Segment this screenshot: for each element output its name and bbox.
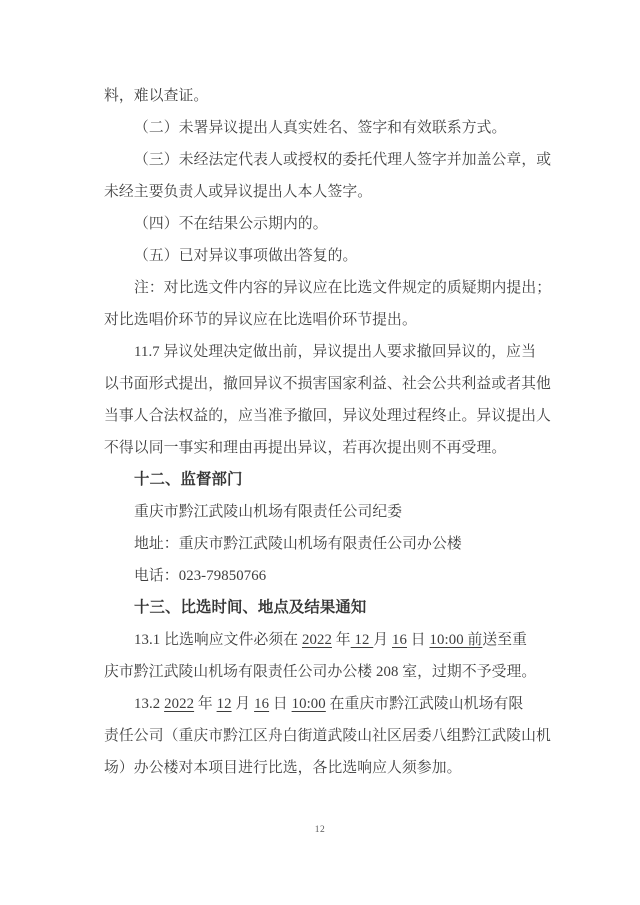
text-line: 注：对比选文件内容的异议应在比选文件规定的质疑期内提出； bbox=[104, 272, 552, 304]
document-page: 料，难以查证。（二）未署异议提出人真实姓名、签字和有效联系方式。（三）未经法定代… bbox=[0, 0, 640, 905]
page-number: 12 bbox=[0, 825, 640, 835]
text-line: 以书面形式提出，撤回异议不损害国家利益、社会公共利益或者其他 bbox=[104, 368, 552, 400]
underlined-text: 2022 bbox=[302, 632, 332, 648]
text-segment: 13.1 比选响应文件必须在 bbox=[134, 632, 302, 648]
text-line: 不得以同一事实和理由再提出异议，若再次提出则不再受理。 bbox=[104, 432, 552, 464]
text-line: 责任公司（重庆市黔江区舟白街道武陵山社区居委八组黔江武陵山机 bbox=[104, 720, 552, 752]
text-line: 未经主要负责人或异议提出人本人签字。 bbox=[104, 176, 552, 208]
text-line: 11.7 异议处理决定做出前，异议提出人要求撤回异议的，应当 bbox=[104, 336, 552, 368]
text-line: （四）不在结果公示期内的。 bbox=[104, 208, 552, 240]
text-line: 重庆市黔江武陵山机场有限责任公司纪委 bbox=[104, 496, 552, 528]
text-line: 13.2 2022 年 12 月 16 日 10:00 在重庆市黔江武陵山机场有… bbox=[104, 688, 552, 720]
underlined-text: 10:00 bbox=[292, 696, 326, 712]
text-line: 电话：023-79850766 bbox=[104, 560, 552, 592]
text-line: 当事人合法权益的，应当准予撤回，异议处理过程终止。异议提出人 bbox=[104, 400, 552, 432]
section-heading: 十三、比选时间、地点及结果通知 bbox=[104, 592, 552, 624]
text-line: （三）未经法定代表人或授权的委托代理人签字并加盖公章，或 bbox=[104, 144, 552, 176]
text-segment: 在重庆市黔江武陵山机场有限 bbox=[326, 696, 523, 712]
underlined-text: 12 bbox=[217, 696, 232, 712]
underlined-text: 16 bbox=[392, 632, 407, 648]
text-segment: 送至重 bbox=[482, 632, 527, 648]
text-line: （二）未署异议提出人真实姓名、签字和有效联系方式。 bbox=[104, 112, 552, 144]
section-heading: 十二、监督部门 bbox=[104, 464, 552, 496]
text-segment: 月 bbox=[232, 696, 255, 712]
text-line: 庆市黔江武陵山机场有限责任公司办公楼 208 室，过期不予受理。 bbox=[104, 656, 552, 688]
underlined-text: 12 bbox=[351, 632, 374, 648]
text-segment: 日 bbox=[269, 696, 292, 712]
text-segment: 年 bbox=[194, 696, 217, 712]
document-body: 料，难以查证。（二）未署异议提出人真实姓名、签字和有效联系方式。（三）未经法定代… bbox=[104, 80, 552, 784]
text-line: 场）办公楼对本项目进行比选，各比选响应人须参加。 bbox=[104, 752, 552, 784]
underlined-text: 10:00 前 bbox=[429, 632, 482, 648]
underlined-text: 2022 bbox=[164, 696, 194, 712]
text-segment: 日 bbox=[407, 632, 430, 648]
text-line: 对比选唱价环节的异议应在比选唱价环节提出。 bbox=[104, 304, 552, 336]
text-line: 地址：重庆市黔江武陵山机场有限责任公司办公楼 bbox=[104, 528, 552, 560]
text-segment: 13.2 bbox=[134, 696, 164, 712]
text-line: （五）已对异议事项做出答复的。 bbox=[104, 240, 552, 272]
underlined-text: 16 bbox=[254, 696, 269, 712]
text-segment: 年 bbox=[332, 632, 351, 648]
text-line: 13.1 比选响应文件必须在 2022 年 12 月 16 日 10:00 前送… bbox=[104, 624, 552, 656]
text-segment: 月 bbox=[373, 632, 392, 648]
text-line: 料，难以查证。 bbox=[104, 80, 552, 112]
